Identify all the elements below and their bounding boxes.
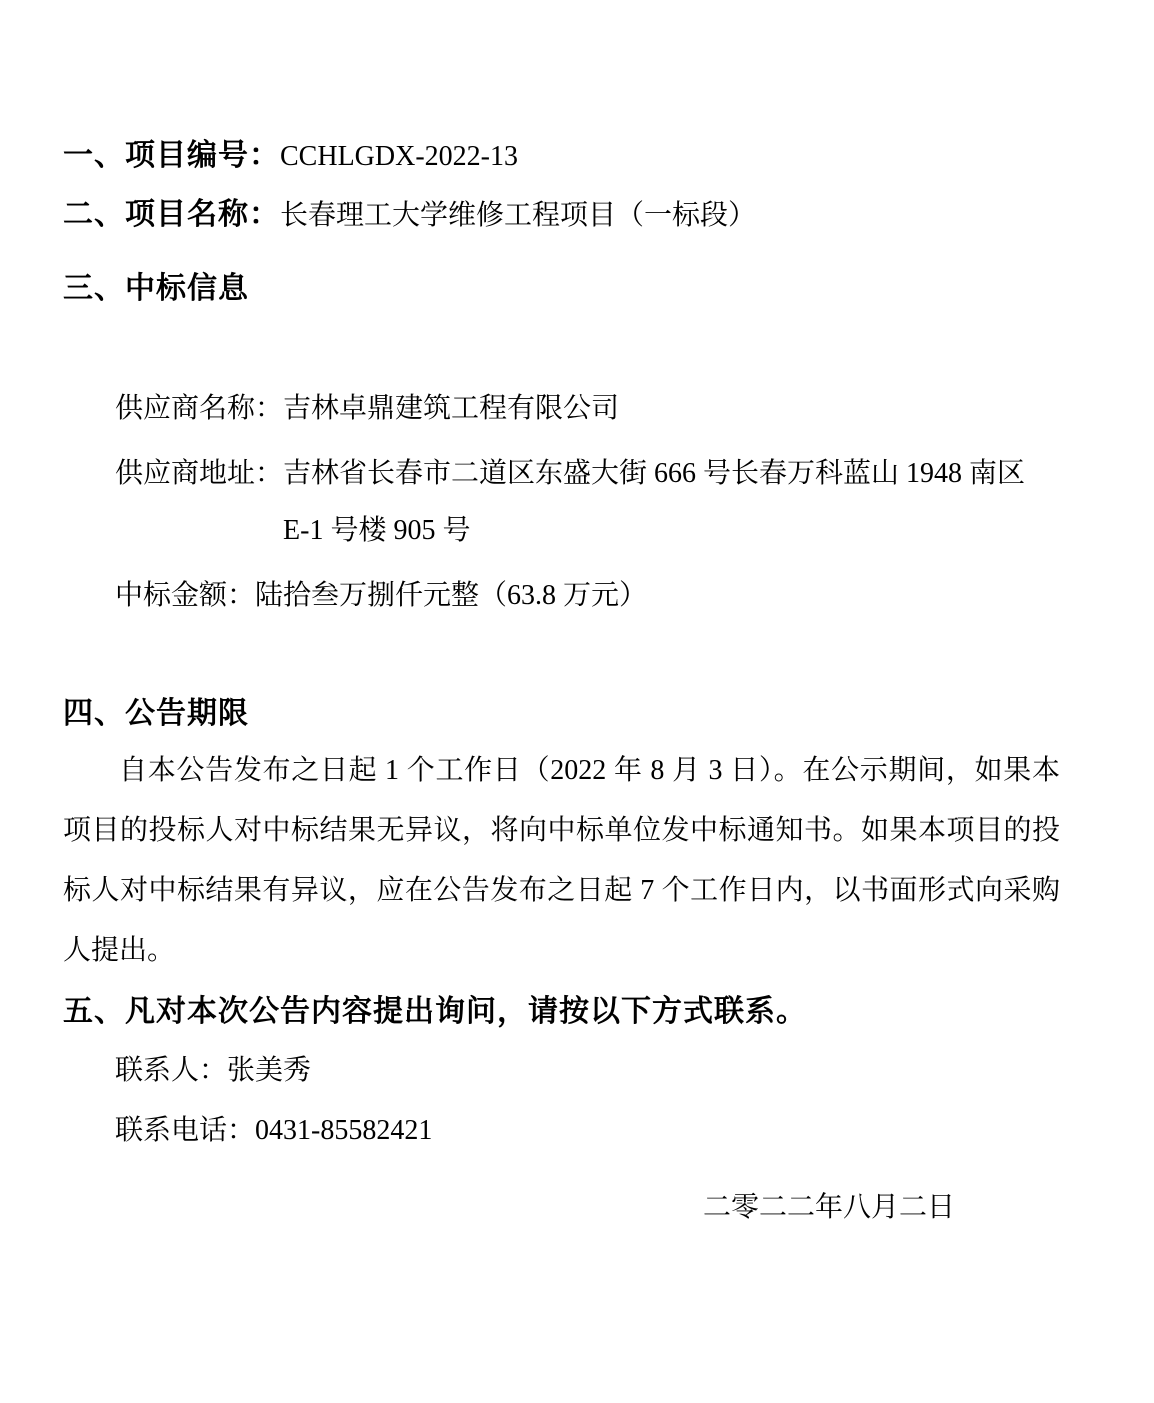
award-amount-line: 中标金额：陆拾叁万捌仟元整（63.8 万元） <box>115 576 1060 616</box>
contact-phone-label: 联系电话： <box>115 1115 255 1146</box>
supplier-name-value: 吉林卓鼎建筑工程有限公司 <box>283 393 619 424</box>
contact-phone-value: 0431-85582421 <box>255 1115 432 1146</box>
section-project-name: 二、项目名称：长春理工大学维修工程项目（一标段） <box>63 195 1060 236</box>
contact-phone-line: 联系电话：0431-85582421 <box>115 1111 1060 1151</box>
supplier-address-line: 供应商地址： 吉林省长春市二道区东盛大街 666 号长春万科蓝山 1948 南区… <box>115 454 1060 551</box>
supplier-name-label: 供应商名称： <box>115 393 283 424</box>
project-number-value: CCHLGDX-2022-13 <box>280 141 518 172</box>
project-name-heading: 二、项目名称： <box>63 198 280 231</box>
supplier-address-label: 供应商地址： <box>115 454 283 551</box>
award-info-heading: 三、中标信息 <box>63 272 249 305</box>
announcement-period-body: 自本公告发布之日起 1 个工作日（2022 年 8 月 3 日）。在公示期间，如… <box>63 741 1060 981</box>
project-number-heading: 一、项目编号： <box>63 139 280 172</box>
contact-person-value: 张美秀 <box>227 1055 311 1086</box>
supplier-address-value-line2: E-1 号楼 905 号 <box>283 511 1060 551</box>
section-announcement-period-heading: 四、公告期限 <box>63 694 1060 734</box>
contact-person-line: 联系人：张美秀 <box>115 1051 1060 1091</box>
supplier-address-value-line1: 吉林省长春市二道区东盛大街 666 号长春万科蓝山 1948 南区 <box>283 454 1060 494</box>
award-amount-value: 陆拾叁万捌仟元整（63.8 万元） <box>255 580 647 611</box>
section-inquiry-contact-heading: 五、凡对本次公告内容提出询问，请按以下方式联系。 <box>63 992 1060 1032</box>
signature-date: 二零二二年八月二日 <box>63 1188 955 1228</box>
award-amount-label: 中标金额： <box>115 580 255 611</box>
supplier-address-value: 吉林省长春市二道区东盛大街 666 号长春万科蓝山 1948 南区 E-1 号楼… <box>283 454 1060 551</box>
supplier-name-line: 供应商名称：吉林卓鼎建筑工程有限公司 <box>115 389 1060 429</box>
announcement-document: 一、项目编号：CCHLGDX-2022-13 二、项目名称：长春理工大学维修工程… <box>0 0 1154 1403</box>
section-project-number: 一、项目编号：CCHLGDX-2022-13 <box>63 136 1060 177</box>
section-award-info-heading: 三、中标信息 <box>63 269 1060 309</box>
project-name-value: 长春理工大学维修工程项目（一标段） <box>280 200 756 231</box>
announcement-period-heading: 四、公告期限 <box>63 697 249 730</box>
inquiry-contact-heading: 五、凡对本次公告内容提出询问，请按以下方式联系。 <box>63 995 807 1028</box>
contact-person-label: 联系人： <box>115 1055 227 1086</box>
